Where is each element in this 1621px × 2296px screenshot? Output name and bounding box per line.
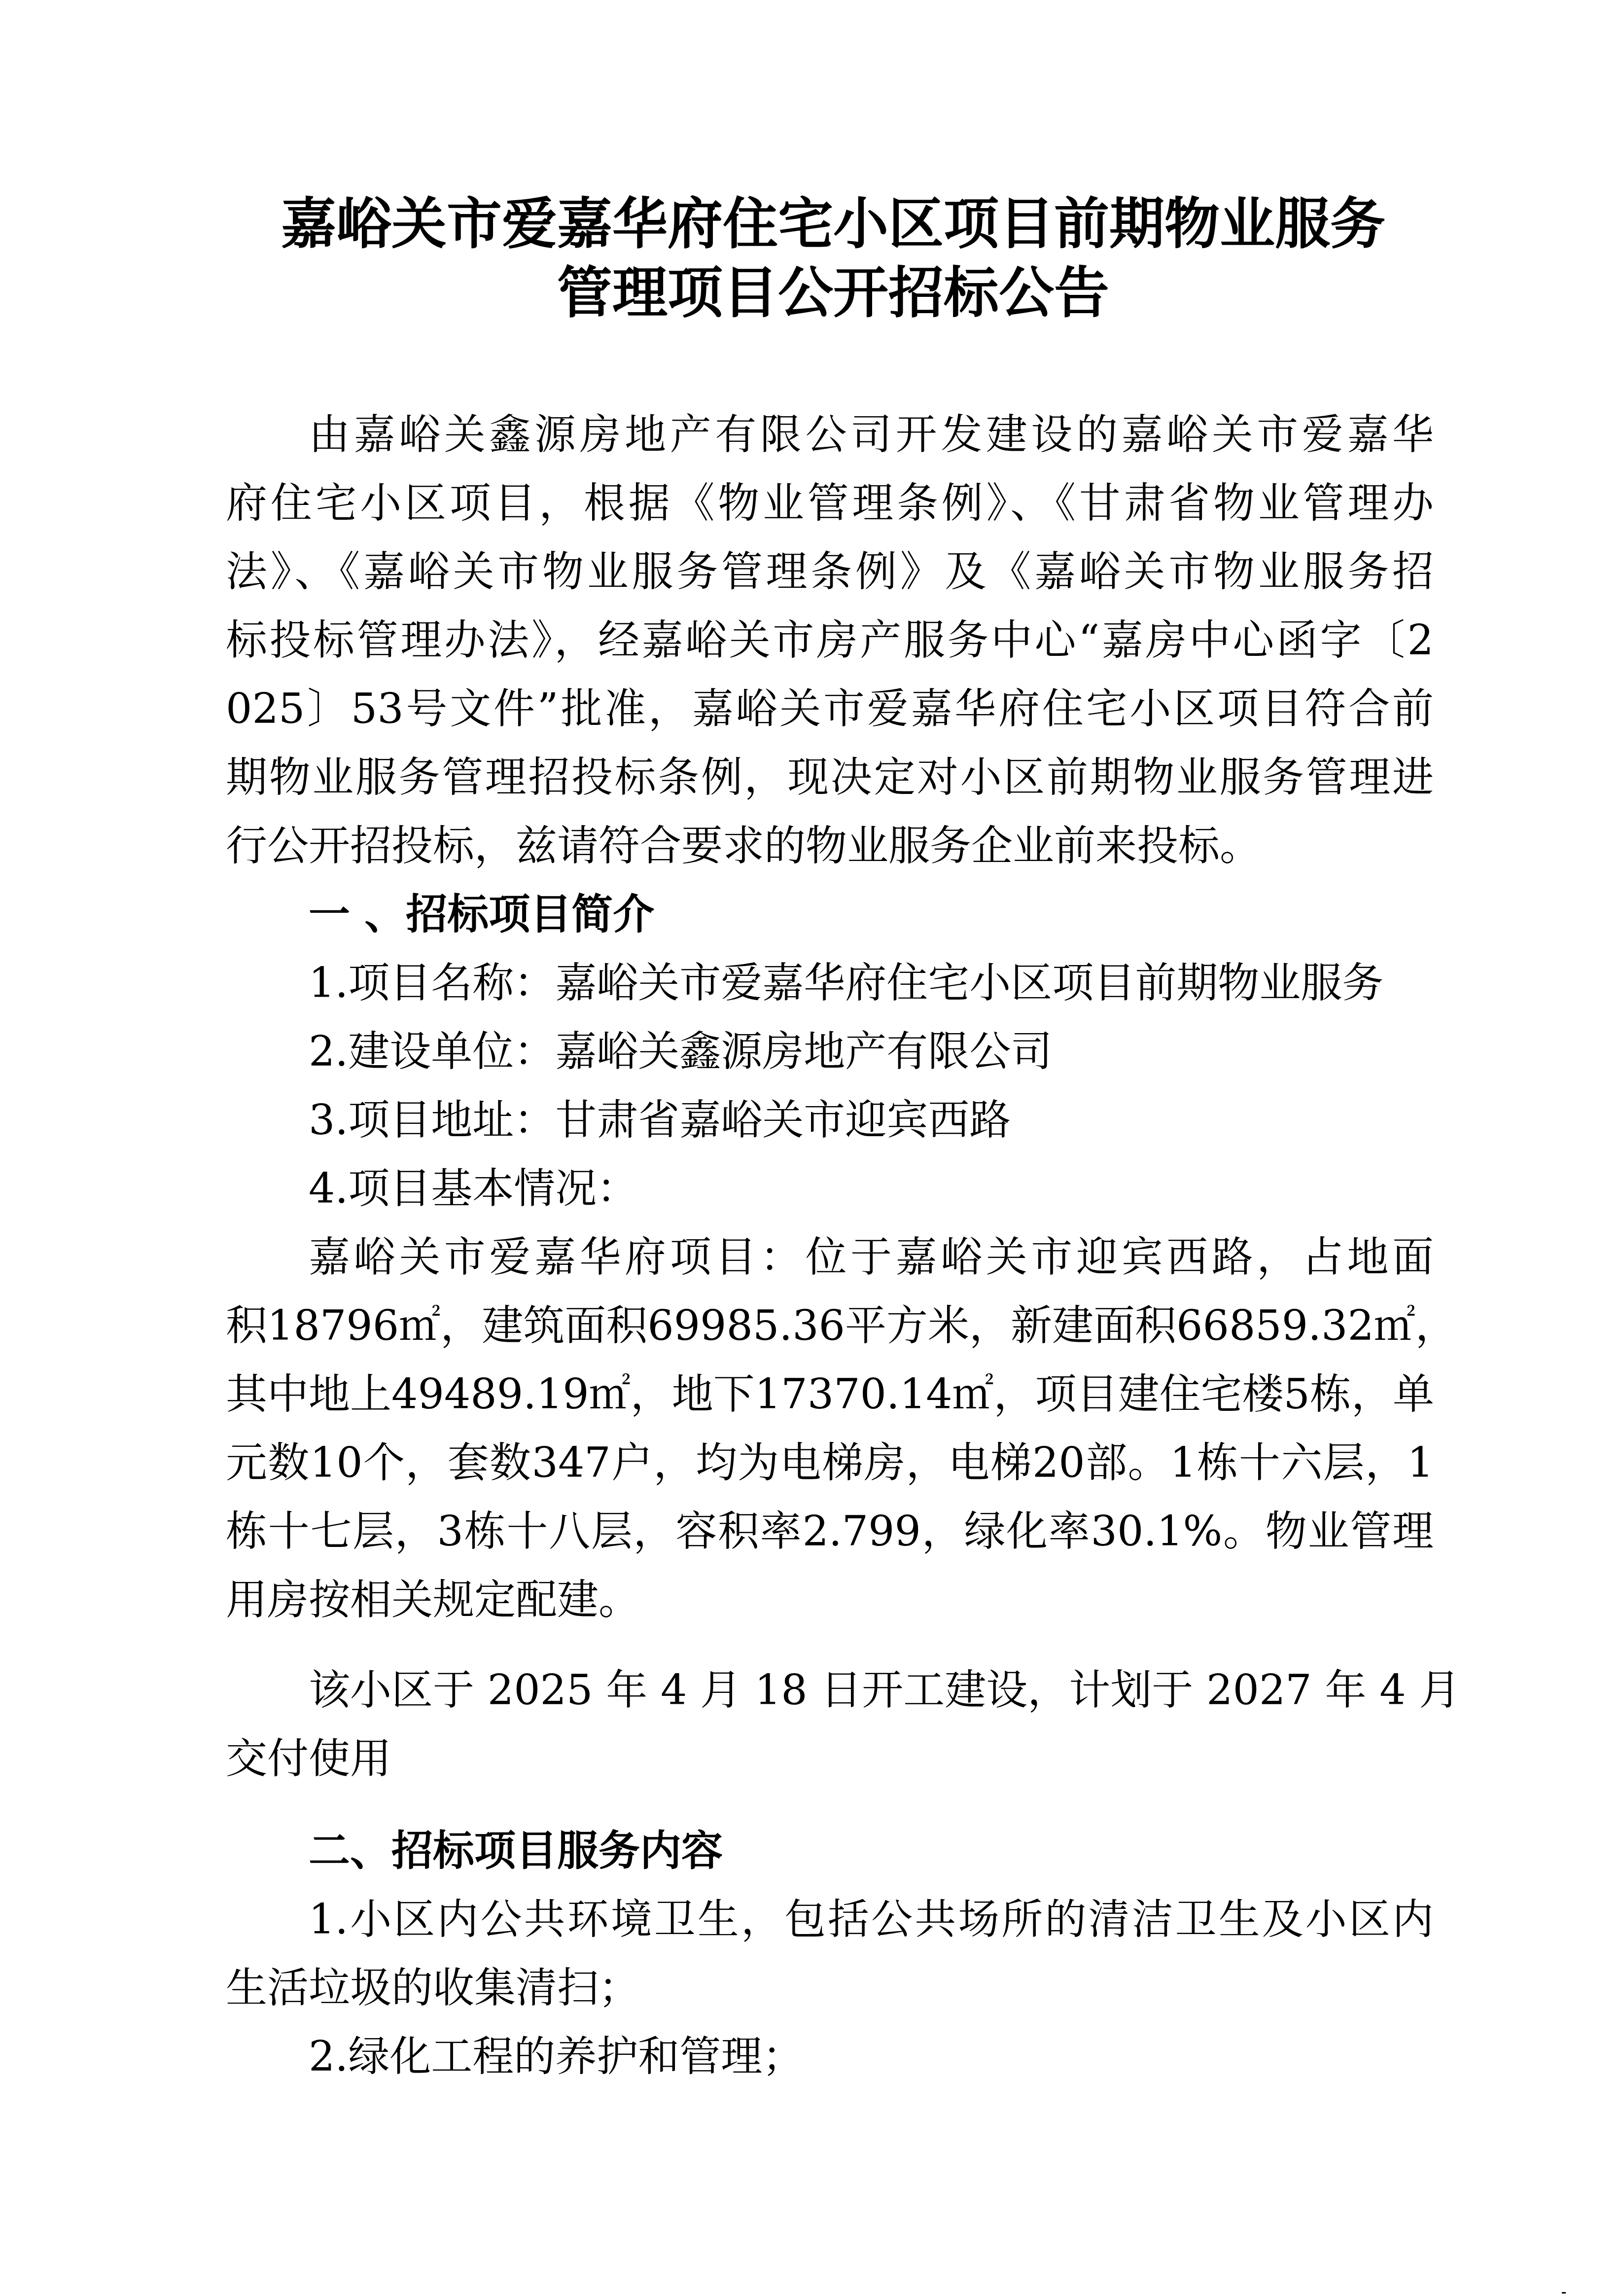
service-item-line: 生活垃圾的收集清扫； [226,1954,1434,2022]
intro-line: 行公开招投标，兹请符合要求的物业服务企业前来投标。 [226,812,1434,880]
schedule-line: 交付使用 [226,1724,1434,1793]
section-2-heading: 二、招标项目服务内容 [226,1817,1434,1885]
schedule-paragraph: 该小区于 2025 年 4 月 18 日开工建设，计划于 2027 年 4 月 … [226,1656,1434,1793]
basic-info-paragraph: 嘉峪关市爱嘉华府项目：位于嘉峪关市迎宾西路，占地面 积18796㎡，建筑面积69… [226,1223,1434,1634]
item-value: 嘉峪关鑫源房地产有限公司 [555,1027,1052,1076]
basic-info-line: 栋十七层，3栋十八层，容积率2.799，绿化率30.1%。物业管理 [226,1497,1434,1566]
title-line-2: 管理项目公开招标公告 [217,259,1449,328]
intro-line: 法》、《嘉峪关市物业服务管理条例》及《嘉峪关市物业服务招 [226,538,1434,606]
intro-line: 025〕53号文件”批准，嘉峪关市爱嘉华府住宅小区项目符合前 [226,675,1434,743]
basic-info-line: 积18796㎡，建筑面积69985.36平方米，新建面积66859.32㎡， [226,1291,1434,1360]
item-value: 甘肃省嘉峪关市迎宾西路 [555,1096,1011,1144]
service-item-line: 1.小区内公共环境卫生，包括公共场所的清洁卫生及小区内 [226,1885,1434,1954]
intro-paragraph: 由嘉峪关鑫源房地产有限公司开发建设的嘉峪关市爱嘉华 府住宅小区项目，根据《物业管… [226,400,1434,880]
item-project-name: 1.项目名称：嘉峪关市爱嘉华府住宅小区项目前期物业服务 [226,949,1434,1017]
document-body: 由嘉峪关鑫源房地产有限公司开发建设的嘉峪关市爱嘉华 府住宅小区项目，根据《物业管… [226,400,1434,2091]
item-label: 2.建设单位： [309,1027,555,1076]
intro-line: 府住宅小区项目，根据《物业管理条例》、《甘肃省物业管理办 [226,469,1434,538]
scan-artifact [1562,2292,1566,2294]
basic-info-line: 其中地上49489.19㎡，地下17370.14㎡，项目建住宅楼5栋，单 [226,1360,1434,1429]
item-value: 嘉峪关市爱嘉华府住宅小区项目前期物业服务 [555,959,1383,1007]
intro-line: 由嘉峪关鑫源房地产有限公司开发建设的嘉峪关市爱嘉华 [226,400,1434,469]
title-line-1: 嘉峪关市爱嘉华府住宅小区项目前期物业服务 [217,190,1449,259]
basic-info-line: 元数10个，套数347户，均为电梯房，电梯20部。1栋十六层，1 [226,1429,1434,1497]
item-basic-info: 4.项目基本情况： [226,1154,1434,1223]
item-label: 4.项目基本情况： [309,1164,638,1213]
document-title: 嘉峪关市爱嘉华府住宅小区项目前期物业服务 管理项目公开招标公告 [217,190,1449,328]
basic-info-line: 嘉峪关市爱嘉华府项目：位于嘉峪关市迎宾西路，占地面 [226,1223,1434,1291]
intro-line: 期物业服务管理招投标条例，现决定对小区前期物业服务管理进 [226,743,1434,812]
spacer [226,1793,1434,1817]
item-label: 3.项目地址： [309,1096,555,1144]
section-2-items: 1.小区内公共环境卫生，包括公共场所的清洁卫生及小区内 生活垃圾的收集清扫； 2… [226,1885,1434,2091]
spacer [226,1634,1434,1656]
basic-info-line: 用房按相关规定配建。 [226,1566,1434,1634]
item-label: 1.项目名称： [309,959,555,1007]
section-1-heading: 一 、招标项目简介 [226,880,1434,949]
schedule-line: 该小区于 2025 年 4 月 18 日开工建设，计划于 2027 年 4 月 [226,1656,1434,1724]
document-page: 嘉峪关市爱嘉华府住宅小区项目前期物业服务 管理项目公开招标公告 由嘉峪关鑫源房地… [0,0,1621,2296]
item-address: 3.项目地址：甘肃省嘉峪关市迎宾西路 [226,1086,1434,1154]
section-1-items: 1.项目名称：嘉峪关市爱嘉华府住宅小区项目前期物业服务 2.建设单位：嘉峪关鑫源… [226,949,1434,1223]
intro-line: 标投标管理办法》，经嘉峪关市房产服务中心“嘉房中心函字〔2 [226,606,1434,675]
service-item-line: 2.绿化工程的养护和管理； [226,2022,1434,2091]
item-developer: 2.建设单位：嘉峪关鑫源房地产有限公司 [226,1017,1434,1086]
